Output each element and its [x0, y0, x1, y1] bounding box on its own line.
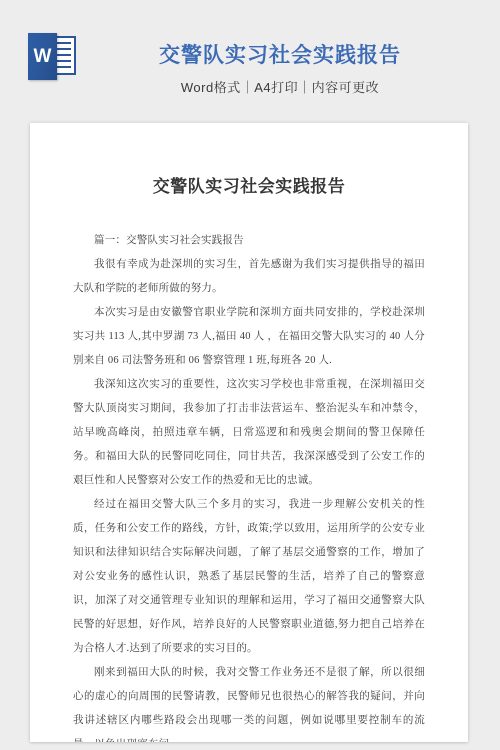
- sheet-lines: [57, 42, 71, 69]
- header-text-block: 交警队实习社会实践报告 Word格式｜A4打印｜内容可更改: [60, 0, 500, 96]
- document-title: 交警队实习社会实践报告: [73, 175, 425, 199]
- paragraph: 刚来到福田大队的时候，我对交警工作业务还不是很了解，所以很细心的虚心的向周围的民…: [73, 661, 425, 742]
- word-logo-letter: W: [28, 33, 57, 80]
- paragraph: 篇一：交警队实习社会实践报告: [73, 229, 425, 253]
- paragraph: 经过在福田交警大队三个多月的实习，我进一步理解公安机关的性质，任务和公安工作的路…: [73, 493, 425, 661]
- header: W 交警队实习社会实践报告 Word格式｜A4打印｜内容可更改: [0, 0, 500, 123]
- document-body: 篇一：交警队实习社会实践报告我很有幸成为赴深圳的实习生，首先感谢为我们实习提供指…: [73, 229, 425, 742]
- format-info: Word格式｜A4打印｜内容可更改: [60, 77, 500, 96]
- paragraph: 我很有幸成为赴深圳的实习生，首先感谢为我们实习提供指导的福田大队和学院的老师所做…: [73, 253, 425, 301]
- paragraph: 本次实习是由安徽警官职业学院和深圳方面共同安排的，学校赴深圳实习共 113 人,…: [73, 301, 425, 373]
- document-preview: 交警队实习社会实践报告 篇一：交警队实习社会实践报告我很有幸成为赴深圳的实习生，…: [30, 123, 468, 742]
- word-file-icon: W: [28, 33, 76, 80]
- page-title: 交警队实习社会实践报告: [60, 44, 500, 68]
- template-preview-page: W 交警队实习社会实践报告 Word格式｜A4打印｜内容可更改 交警队实习社会实…: [0, 0, 500, 750]
- paragraph: 我深知这次实习的重要性，这次实习学校也非常重视，在深圳福田交警大队顶岗实习期间，…: [73, 373, 425, 493]
